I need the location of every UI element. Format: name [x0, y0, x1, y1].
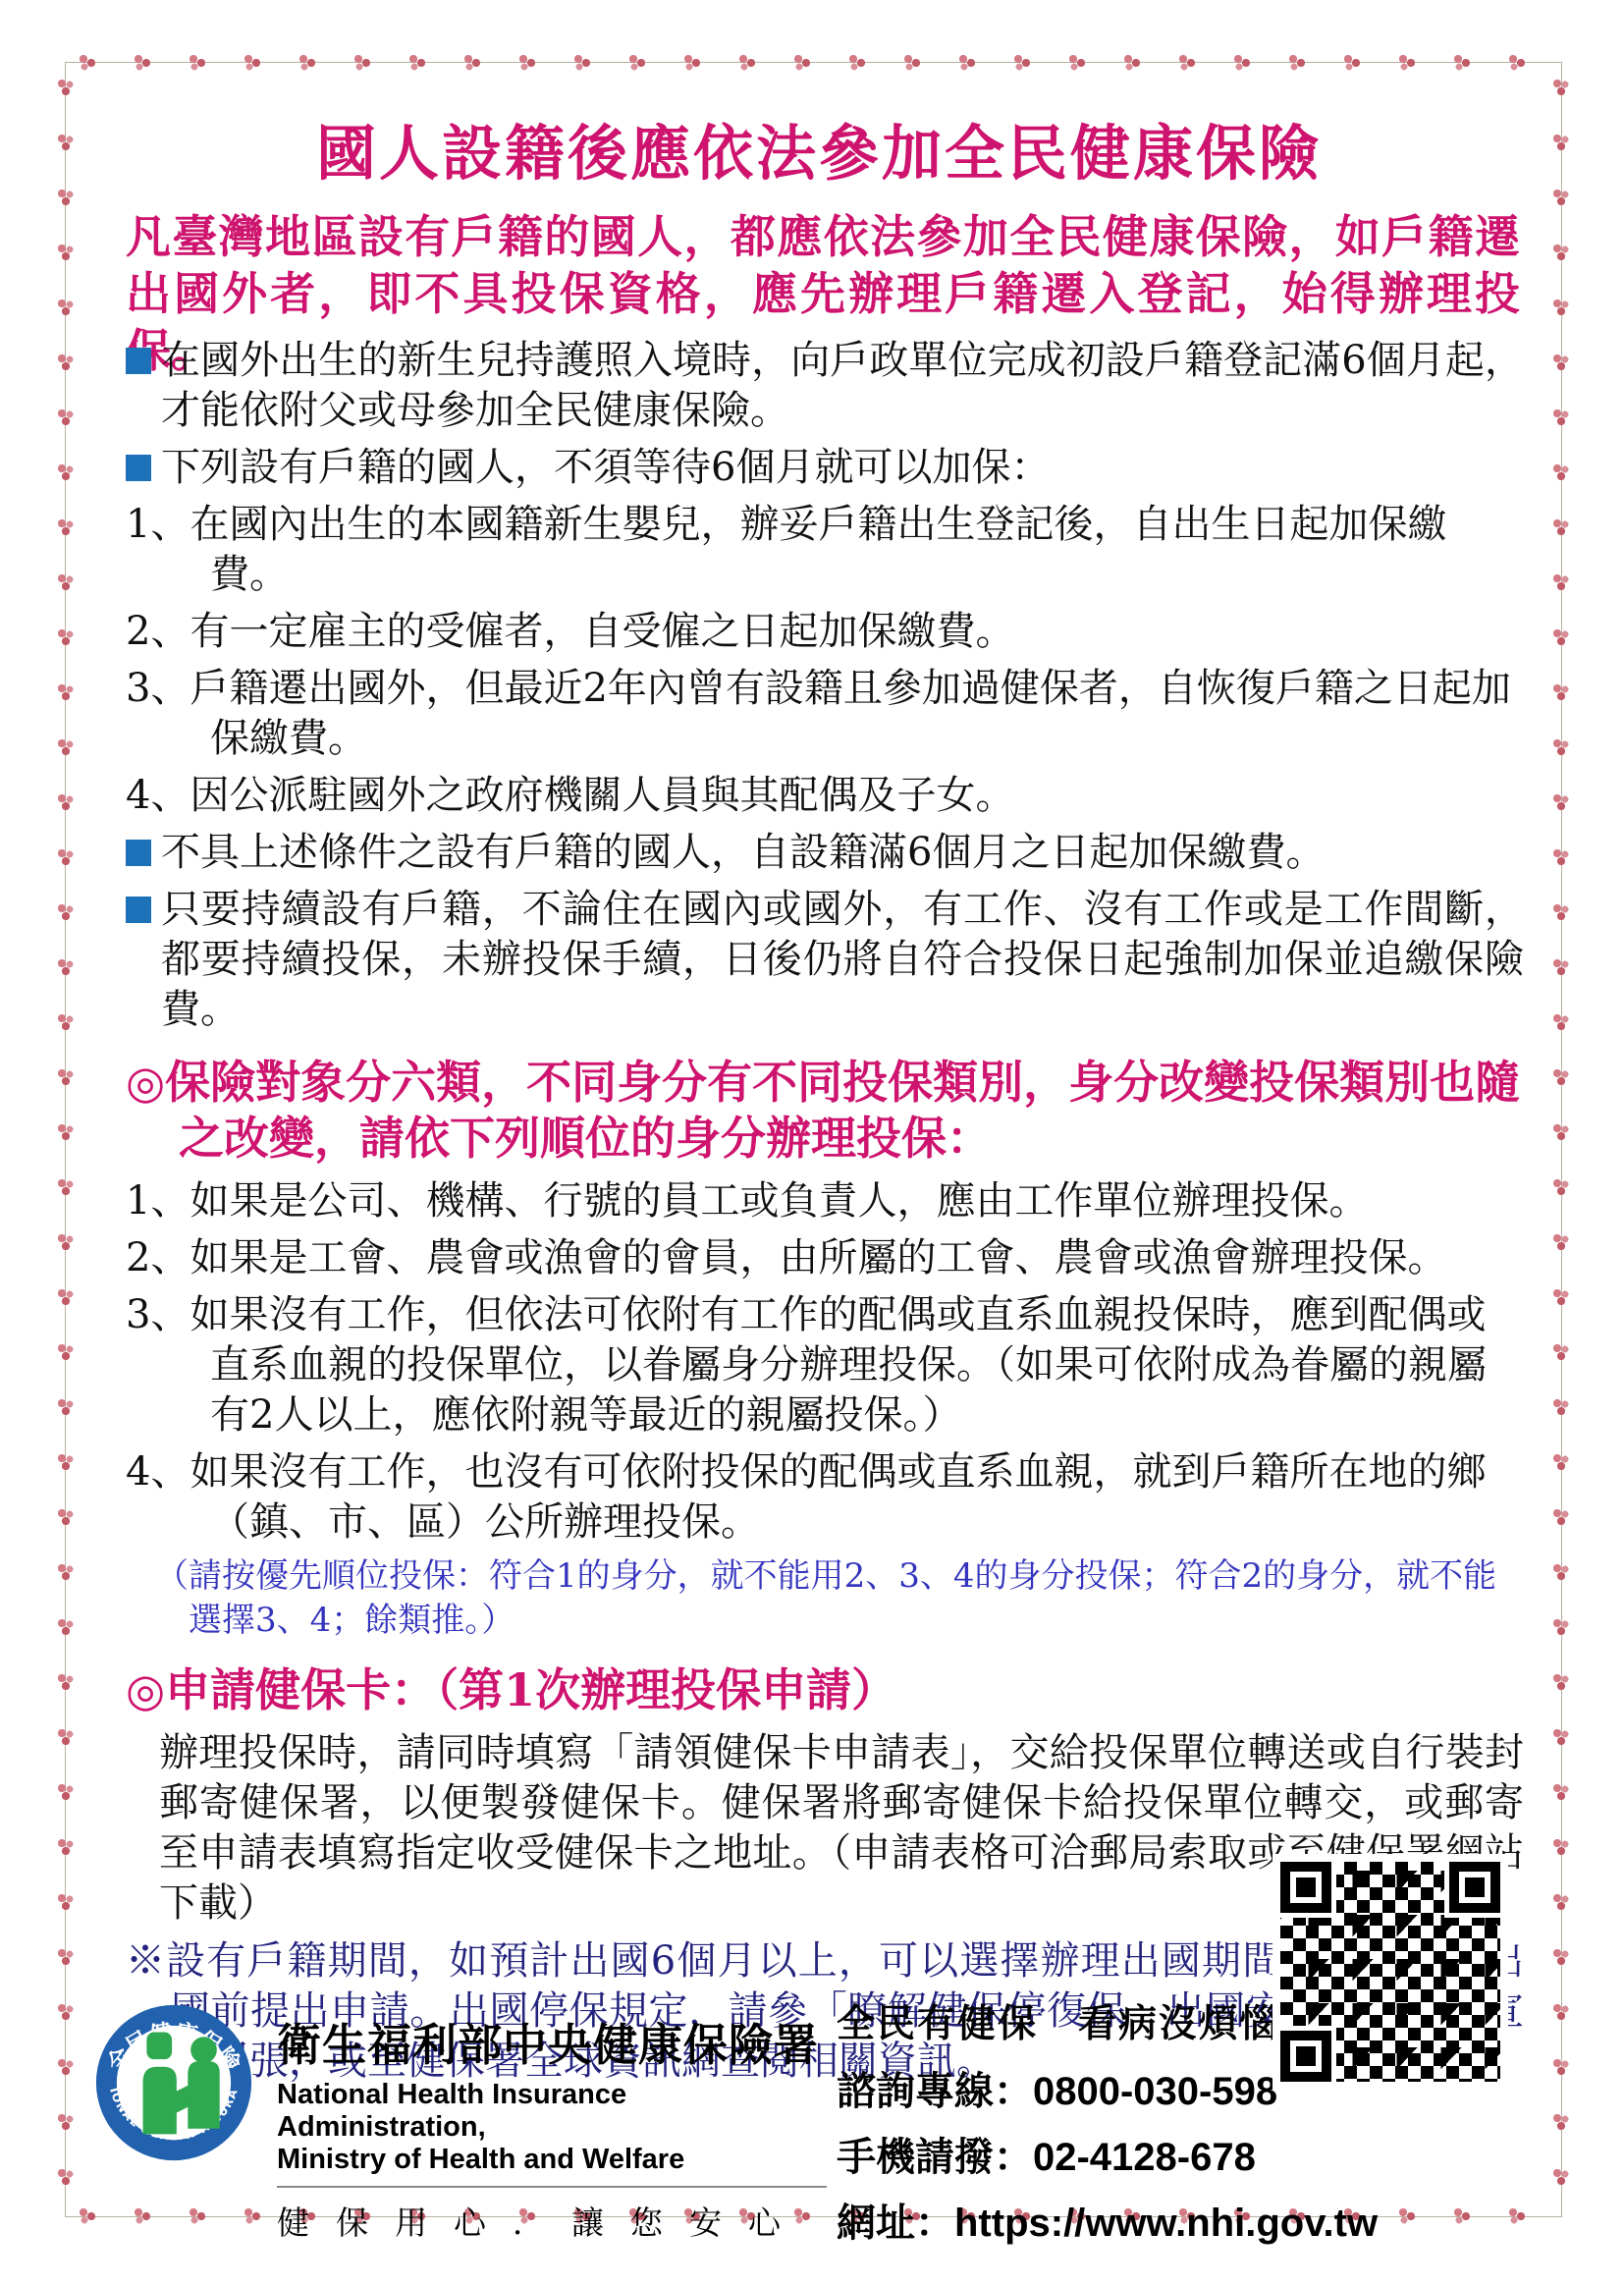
item-text: 因公派駐國外之政府機關人員與其配偶及子女。 [189, 773, 1014, 818]
contact-block: 全民有健保 看病沒煩惱 諮詢專線：0800-030-598 手機請撥：02-41… [837, 1993, 1298, 2258]
border-floral-pattern-left [57, 73, 75, 2206]
qr-finder [1280, 2031, 1331, 2082]
item-number: 3、 [126, 1292, 189, 1337]
blue-square-bullet-icon [126, 840, 151, 866]
item-number: 4、 [126, 1449, 189, 1495]
blue-square-bullet-icon [126, 455, 151, 481]
rule-bullet-text: 不具上述條件之設有戶籍的國人，自設籍滿6個月之日起加保繳費。 [161, 830, 1325, 875]
agency-identity-block: 衛生福利部中央健康保險署 National Health Insurance A… [277, 2009, 841, 2244]
contact-mobile-line: 手機請撥：02-4128-678 [837, 2126, 1298, 2182]
rule-bullet-text: 在國外出生的新生兒持護照入境時，向戶政單位完成初設戶籍登記滿6個月起，才能依附父… [161, 338, 1524, 433]
rule-bullet-text: 只要持續設有戶籍，不論住在國內或國外，有工作、沒有工作或是工作間斷，都要持續投保… [161, 887, 1524, 1032]
category-section-heading: ◎保險對象分六類，不同身分有不同投保類別，身分改變投保類別也隨之改變，請依下列順… [126, 1055, 1524, 1167]
item-text: 在國內出生的本國籍新生嬰兒，辦妥戶籍出生登記後，自出生日起加保繳費。 [189, 502, 1446, 597]
qr-finder [1449, 1862, 1500, 1913]
item-number: 4、 [126, 773, 189, 818]
page-title: 國人設籍後應依法參加全民健康保險 [126, 106, 1512, 191]
item-number: 3、 [126, 666, 189, 711]
category-item-3: 3、如果沒有工作，但依法可依附有工作的配偶或直系血親投保時，應到配偶或直系血親的… [126, 1290, 1524, 1441]
border-floral-pattern-right [1552, 73, 1570, 2206]
item-number: 1、 [126, 1178, 189, 1224]
contact-tagline: 全民有健保 看病沒煩惱 [837, 1993, 1298, 2048]
rule-item-4: 4、因公派駐國外之政府機關人員與其配偶及子女。 [126, 771, 1524, 821]
contact-website: 網址：https://www.nhi.gov.tw [837, 2192, 1298, 2248]
rule-item-2: 2、有一定雇主的受僱者，自受僱之日起加保繳費。 [126, 607, 1524, 657]
category-item-1: 1、如果是公司、機構、行號的員工或負責人，應由工作單位辦理投保。 [126, 1176, 1524, 1226]
item-text: 如果沒有工作，但依法可依附有工作的配偶或直系血親投保時，應到配偶或直系血親的投保… [189, 1292, 1487, 1438]
card-section-heading: ◎申請健保卡：（第1次辦理投保申請） [126, 1662, 1524, 1718]
rule-bullet-no-wait: 下列設有戶籍的國人，不須等待6個月就可以加保： [126, 443, 1524, 493]
agency-name-chinese: 衛生福利部中央健康保險署 [277, 2009, 841, 2073]
agency-name-english-line2: Ministry of Health and Welfare [277, 2144, 841, 2176]
category-item-4: 4、如果沒有工作，也沒有可依附投保的配偶或直系血親，就到戶籍所在地的鄉（鎮、市、… [126, 1447, 1524, 1548]
rule-bullet-continuous: 只要持續設有戶籍，不論住在國內或國外，有工作、沒有工作或是工作間斷，都要持續投保… [126, 885, 1524, 1035]
border-floral-pattern-top [73, 54, 1553, 72]
qr-code [1272, 1854, 1508, 2090]
item-text: 有一定雇主的受僱者，自受僱之日起加保繳費。 [189, 609, 1014, 654]
rule-bullet-newborn-abroad: 在國外出生的新生兒持護照入境時，向戶政單位完成初設戶籍登記滿6個月起，才能依附父… [126, 336, 1524, 436]
rule-item-3: 3、戶籍遷出國外，但最近2年內曾有設籍且參加過健保者，自恢復戶籍之日起加保繳費。 [126, 664, 1524, 764]
nhi-logo-icon: 全民健康保險 NATIONAL HEALTH INSURANCE [94, 2003, 253, 2162]
item-text: 戶籍遷出國外，但最近2年內曾有設籍且參加過健保者，自恢復戶籍之日起加保繳費。 [189, 666, 1510, 761]
item-text: 如果是公司、機構、行號的員工或負責人，應由工作單位辦理投保。 [189, 1178, 1368, 1224]
agency-name-english-line1: National Health Insurance Administration… [277, 2079, 841, 2144]
agency-slogan: 健保用心．讓您安心 [277, 2198, 841, 2244]
nhi-logo: 全民健康保險 NATIONAL HEALTH INSURANCE [94, 2003, 253, 2162]
item-text: 如果沒有工作，也沒有可依附投保的配偶或直系血親，就到戶籍所在地的鄉（鎮、市、區）… [189, 1449, 1486, 1545]
agency-divider-line [277, 2186, 827, 2188]
category-item-2: 2、如果是工會、農會或漁會的會員，由所屬的工會、農會或漁會辦理投保。 [126, 1233, 1524, 1283]
document-body: 在國外出生的新生兒持護照入境時，向戶政單位完成初設戶籍登記滿6個月起，才能依附父… [126, 336, 1524, 2087]
qr-finder [1280, 1862, 1331, 1913]
item-number: 2、 [126, 1235, 189, 1280]
rule-bullet-text: 下列設有戶籍的國人，不須等待6個月就可以加保： [161, 445, 1050, 490]
agency-name-english: National Health Insurance Administration… [277, 2079, 841, 2176]
item-text: 如果是工會、農會或漁會的會員，由所屬的工會、農會或漁會辦理投保。 [189, 1235, 1446, 1280]
rule-item-1: 1、在國內出生的本國籍新生嬰兒，辦妥戶籍出生登記後，自出生日起加保繳費。 [126, 500, 1524, 600]
contact-hotline: 諮詢專線：0800-030-598 [837, 2060, 1298, 2116]
blue-square-bullet-icon [126, 897, 151, 923]
blue-square-bullet-icon [126, 348, 151, 374]
priority-order-note: （請按優先順位投保：符合1的身分，就不能用2、3、4的身分投保；符合2的身分，就… [126, 1554, 1524, 1643]
item-number: 2、 [126, 609, 189, 654]
rule-bullet-six-months: 不具上述條件之設有戶籍的國人，自設籍滿6個月之日起加保繳費。 [126, 828, 1524, 878]
item-number: 1、 [126, 502, 189, 547]
